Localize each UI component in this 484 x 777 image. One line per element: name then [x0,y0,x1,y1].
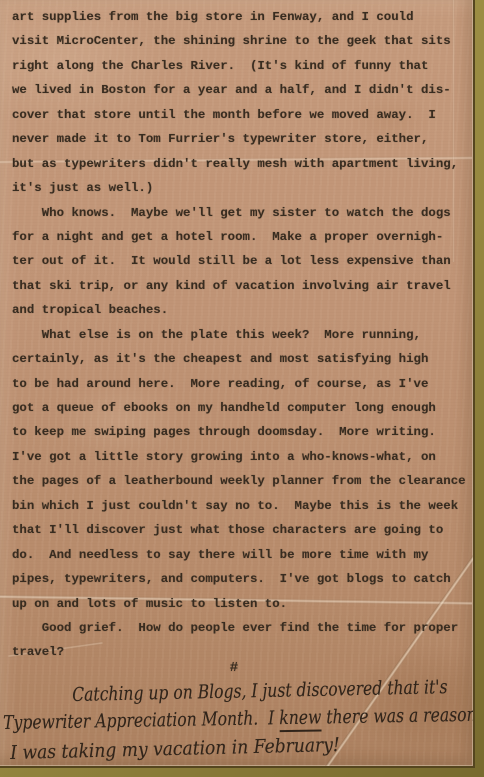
handwritten-line: Typewriter Appreciation Month. I knew th… [3,704,475,734]
letter-paper: art supplies from the big store in Fenwa… [0,0,475,768]
handwritten-text: there was a reason [321,704,475,729]
handwritten-line: Catching up on Blogs, I just discovered … [72,676,448,706]
handwritten-line: I was taking my vacation in February! [10,734,340,764]
handwritten-text: Typewriter Appreciation Month. I [3,707,279,734]
photo-frame: art supplies from the big store in Fenwa… [0,0,484,777]
handwritten-note: Catching up on Blogs, I just discovered … [0,0,473,766]
underlined-word: knew [279,706,321,732]
